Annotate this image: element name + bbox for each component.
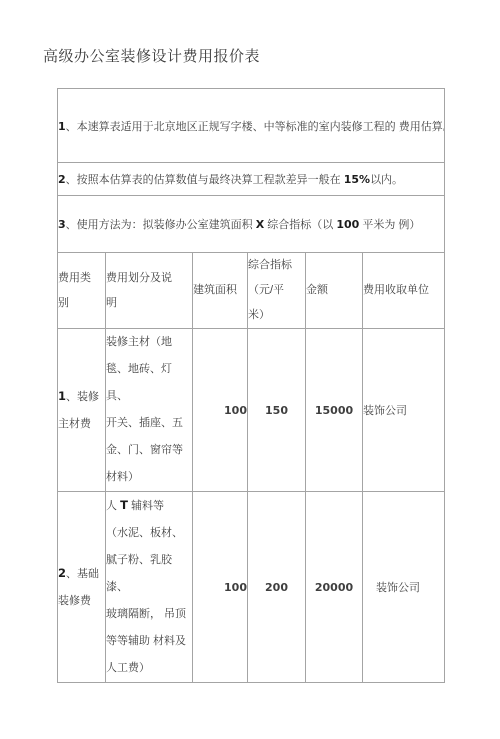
- data-row-2: 2、基础 装修费 人 T 辅料等 （水泥、板材、 腻子粉、乳胶 漆、 玻璃隔断，…: [58, 492, 445, 683]
- header-cell-amount: 金额: [306, 253, 363, 329]
- building-area-cell-2: 100: [193, 492, 248, 683]
- document-page: { "title": "高级办公室装修设计费用报价表", "colors": {…: [0, 0, 500, 739]
- description-cell-1: 装修主材（地 毯、地砖、灯具、 开关、插座、五 金、门、窗帘等 材料）: [106, 329, 193, 492]
- note-3-operator: X: [256, 218, 264, 231]
- note-row-1: 1、本速算表适用于北京地区正规写字楼、中等标准的室内装修工程的 费用估算。: [58, 89, 445, 163]
- note-2-text: 、按照本估算表的估算数值与最终决算工程款差异一般在: [66, 174, 344, 186]
- header-cell-building-area: 建筑面积: [193, 253, 248, 329]
- building-area-cell-1: 100: [193, 329, 248, 492]
- note-cell-2: 2、按照本估算表的估算数值与最终决算工程款差异一般在 15%以内。: [58, 163, 445, 196]
- page-title: 高级办公室装修设计费用报价表: [43, 45, 260, 66]
- note-2-percentage: 15%: [344, 173, 370, 186]
- unit-cell-2: 装饰公司: [363, 492, 445, 683]
- amount-cell-2: 20000: [306, 492, 363, 683]
- note-row-3: 3、使用方法为：拟装修办公室建筑面积 X 综合指标（以 100 平米为 例）: [58, 196, 445, 253]
- note-cell-3: 3、使用方法为：拟装修办公室建筑面积 X 综合指标（以 100 平米为 例）: [58, 196, 445, 253]
- note-row-2: 2、按照本估算表的估算数值与最终决算工程款差异一般在 15%以内。: [58, 163, 445, 196]
- note-3-number: 3: [58, 218, 66, 231]
- composite-index-cell-1: 150: [248, 329, 306, 492]
- note-3-text-end: 平米为 例）: [359, 219, 420, 231]
- unit-cell-1: 装饰公司: [363, 329, 445, 492]
- description-cell-2: 人 T 辅料等 （水泥、板材、 腻子粉、乳胶 漆、 玻璃隔断， 吊顶 等等辅助 …: [106, 492, 193, 683]
- note-1-number: 1: [58, 120, 66, 133]
- note-cell-1: 1、本速算表适用于北京地区正规写字楼、中等标准的室内装修工程的 费用估算。: [58, 89, 445, 163]
- header-cell-category: 费用类 别: [58, 253, 106, 329]
- note-3-text: 、使用方法为：拟装修办公室建筑面积: [66, 219, 256, 231]
- note-2-text-end: 以内。: [370, 174, 403, 186]
- note-3-text-mid: 综合指标（以: [264, 219, 336, 231]
- category-cell-2: 2、基础 装修费: [58, 492, 106, 683]
- quote-table: 1、本速算表适用于北京地区正规写字楼、中等标准的室内装修工程的 费用估算。 2、…: [57, 88, 445, 683]
- header-row: 费用类 别 费用划分及说 明 建筑面积 综合指标 （元/平 米） 金额 费用收取…: [58, 253, 445, 329]
- composite-index-cell-2: 200: [248, 492, 306, 683]
- header-cell-composite-index: 综合指标 （元/平 米）: [248, 253, 306, 329]
- amount-cell-1: 15000: [306, 329, 363, 492]
- note-3-value: 100: [336, 218, 359, 231]
- header-cell-unit: 费用收取单位: [363, 253, 445, 329]
- data-row-1: 1、装修 主材费 装修主材（地 毯、地砖、灯具、 开关、插座、五 金、门、窗帘等…: [58, 329, 445, 492]
- note-1-text: 、本速算表适用于北京地区正规写字楼、中等标准的室内装修工程的 费用估算。: [66, 121, 445, 133]
- category-cell-1: 1、装修 主材费: [58, 329, 106, 492]
- note-2-number: 2: [58, 173, 66, 186]
- header-cell-description: 费用划分及说 明: [106, 253, 193, 329]
